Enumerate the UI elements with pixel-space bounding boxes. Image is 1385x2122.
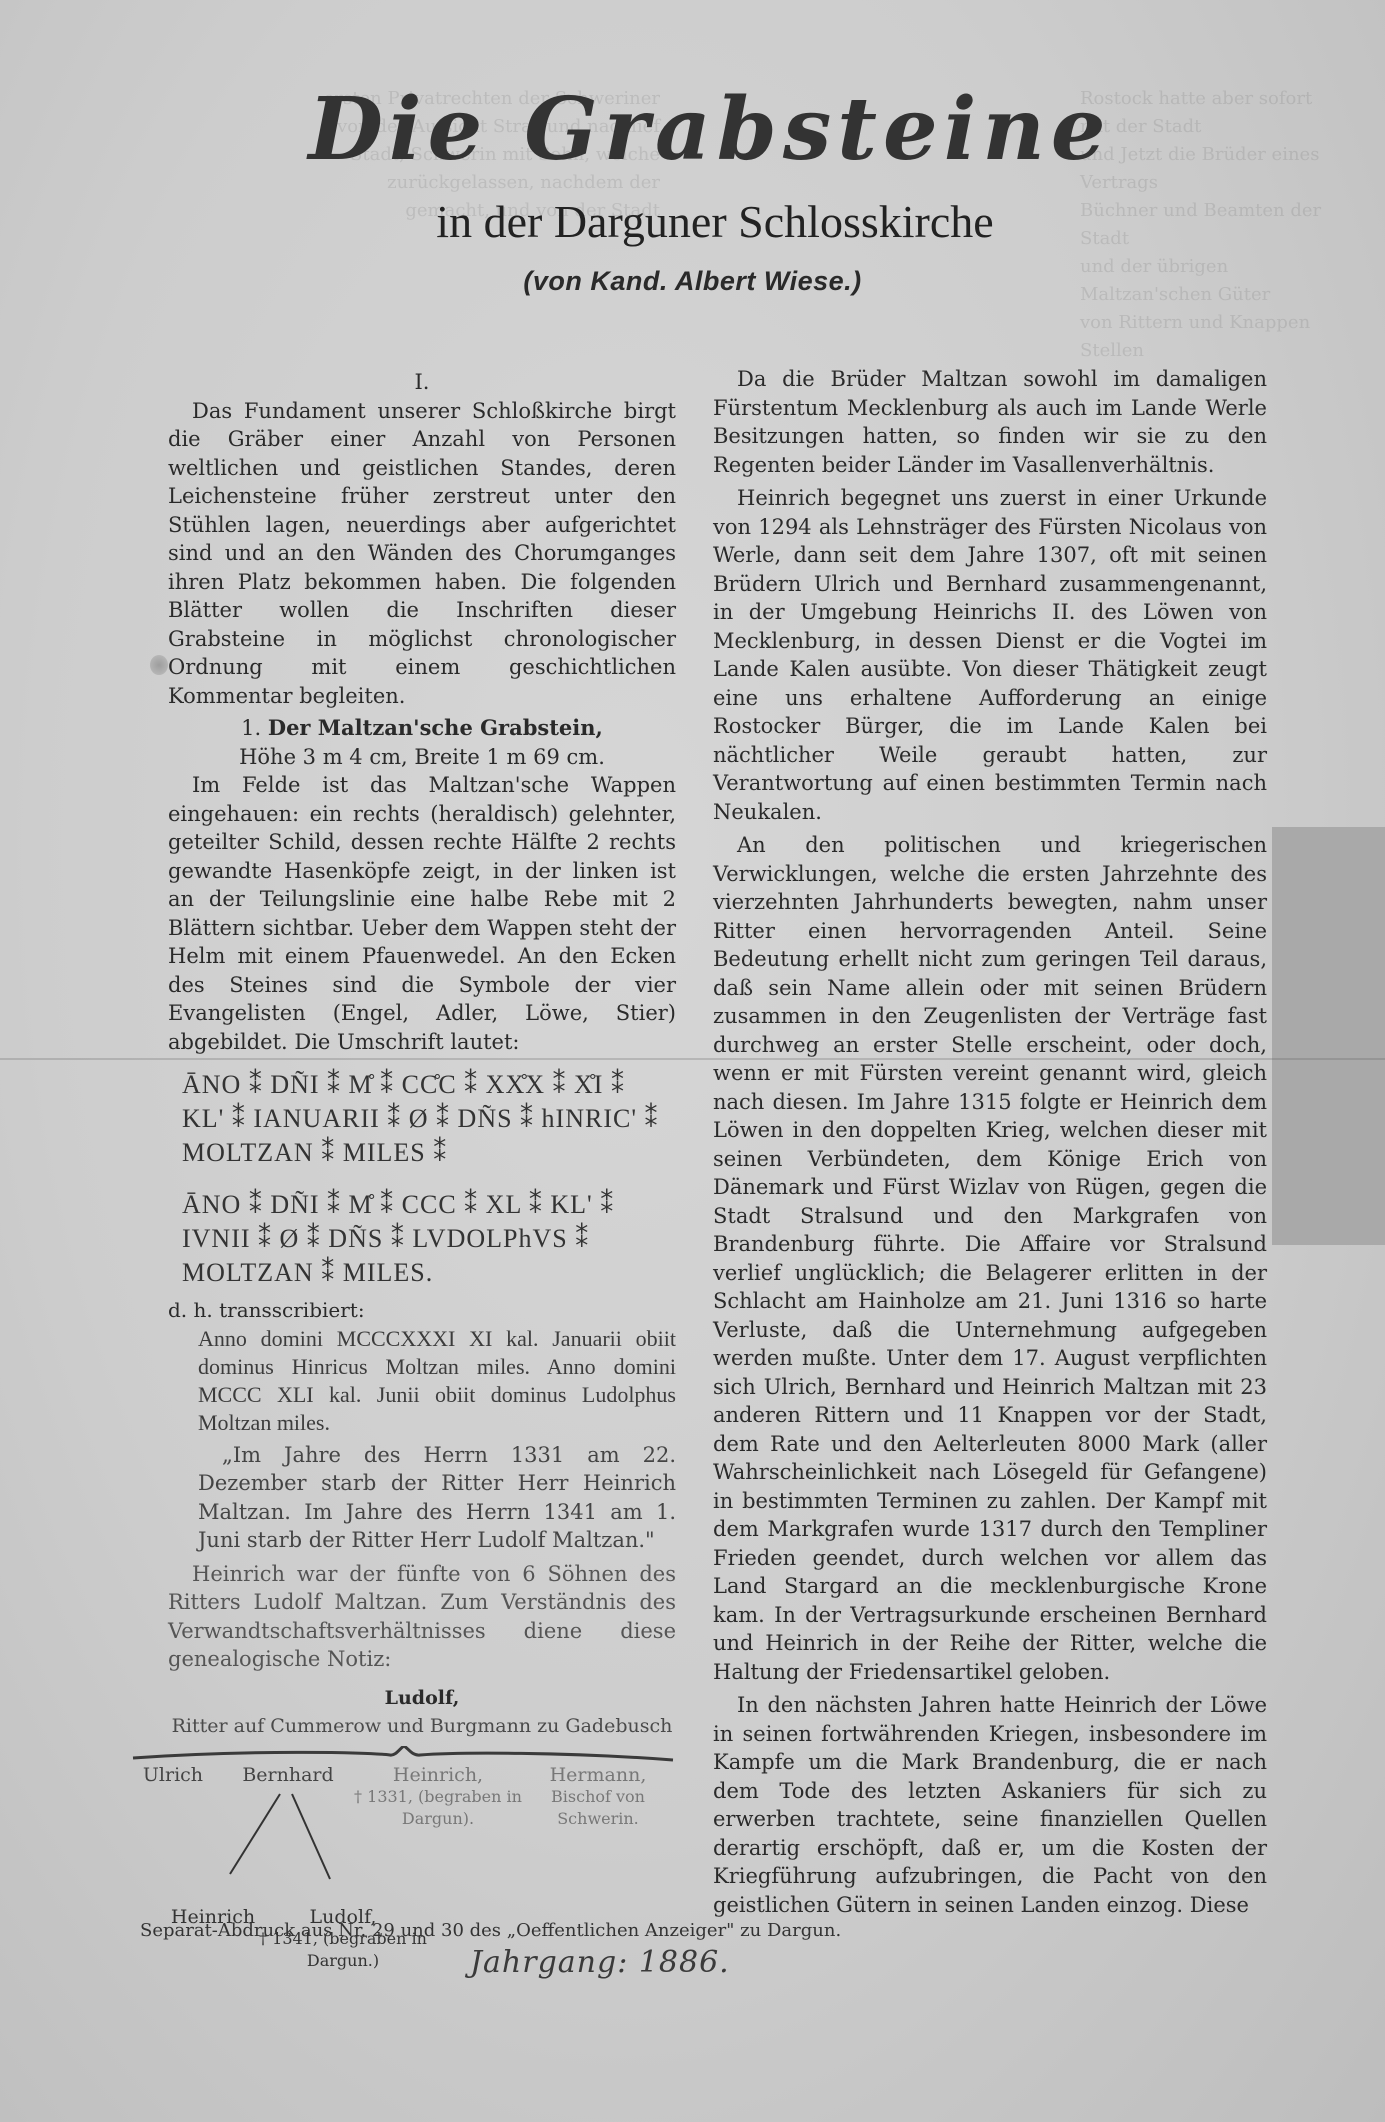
stone-number: 1. [241, 716, 261, 740]
paragraph: An den politischen und kriegerischen Ver… [713, 831, 1267, 1686]
scanned-page: Rostock hatte aber sofort mit der Stadtu… [0, 0, 1385, 2122]
inscription-line: MOLTZAN ⁑ MILES. [182, 1256, 676, 1290]
handwritten-year-note: Jahrgang: 1886. [470, 1945, 730, 1980]
description-paragraph: Im Felde ist das Maltzan'sche Wappen ein… [168, 771, 676, 1056]
genealogy-branch-lines [168, 1784, 568, 1904]
inscription-line: ĀNO ⁑ DÑI ⁑ M̊ ⁑ CC̊C ⁑ XX̊X ⁑ X̊I ⁑ [182, 1068, 676, 1102]
paragraph: In den nächsten Jahren hatte Heinrich de… [713, 1691, 1267, 1919]
genealogy-intro: Heinrich war der fünfte von 6 Söhnen des… [168, 1560, 676, 1674]
transcribed-label: d. h. transscribiert: [168, 1296, 676, 1325]
stone-heading: 1. Der Maltzan'sche Grabstein, [168, 714, 676, 743]
german-translation: „Im Jahre des Herrn 1331 am 22. Dezember… [198, 1441, 676, 1555]
inscription-heinrich: ĀNO ⁑ DÑI ⁑ M̊ ⁑ CC̊C ⁑ XX̊X ⁑ X̊I ⁑ KL'… [182, 1068, 676, 1170]
genealogy-child: Bernhard [228, 1764, 348, 1786]
library-stamp-mark [150, 655, 168, 675]
stone-title: Der Maltzan'sche Grabstein, [268, 715, 603, 740]
stone-dimensions: Höhe 3 m 4 cm, Breite 1 m 69 cm. [168, 743, 676, 772]
paragraph: Da die Brüder Maltzan sowohl im damalige… [713, 365, 1267, 479]
section-number: I. [168, 368, 676, 397]
inscription-line: IVNII ⁑ Ø ⁑ DÑS ⁑ LVDOLPhVS ⁑ [182, 1222, 676, 1256]
document-subtitle: in der Darguner Schlosskirche [45, 196, 1385, 248]
genealogy-root-name: Ludolf, [168, 1684, 676, 1713]
intro-paragraph: Das Fundament unserer Schloßkirche birgt… [168, 397, 676, 711]
genealogy-root-description: Ritter auf Cummerow und Burgmann zu Gade… [168, 1712, 676, 1741]
fold-shadow [1272, 827, 1385, 1245]
left-column: I. Das Fundament unserer Schloßkirche bi… [168, 368, 676, 1984]
print-source-note: Separat-Abdruck aus Nr. 29 und 30 des „O… [140, 1920, 841, 1941]
inscription-line: MOLTZAN ⁑ MILES ⁑ [182, 1136, 676, 1170]
genealogy-child: Ulrich [133, 1764, 213, 1786]
latin-transcription: Anno domini MCCCXXXI XI kal. Januarii ob… [198, 1325, 676, 1437]
document-author: (von Kand. Albert Wiese.) [0, 266, 1385, 297]
inscription-line: ĀNO ⁑ DÑI ⁑ M̊ ⁑ CCC ⁑ XL ⁑ KL' ⁑ [182, 1188, 676, 1222]
document-title: Die Grabsteine [35, 80, 1385, 180]
genealogy-brace [128, 1746, 678, 1764]
inscription-ludolf: ĀNO ⁑ DÑI ⁑ M̊ ⁑ CCC ⁑ XL ⁑ KL' ⁑ IVNII … [182, 1188, 676, 1290]
inscription-line: KL' ⁑ IANUARII ⁑ Ø ⁑ DÑS ⁑ hINRIC' ⁑ [182, 1102, 676, 1136]
document-header: Die Grabsteine in der Darguner Schlosski… [0, 80, 1385, 297]
right-column: Da die Brüder Maltzan sowohl im damalige… [713, 365, 1267, 1919]
paragraph: Heinrich begegnet uns zuerst in einer Ur… [713, 484, 1267, 826]
